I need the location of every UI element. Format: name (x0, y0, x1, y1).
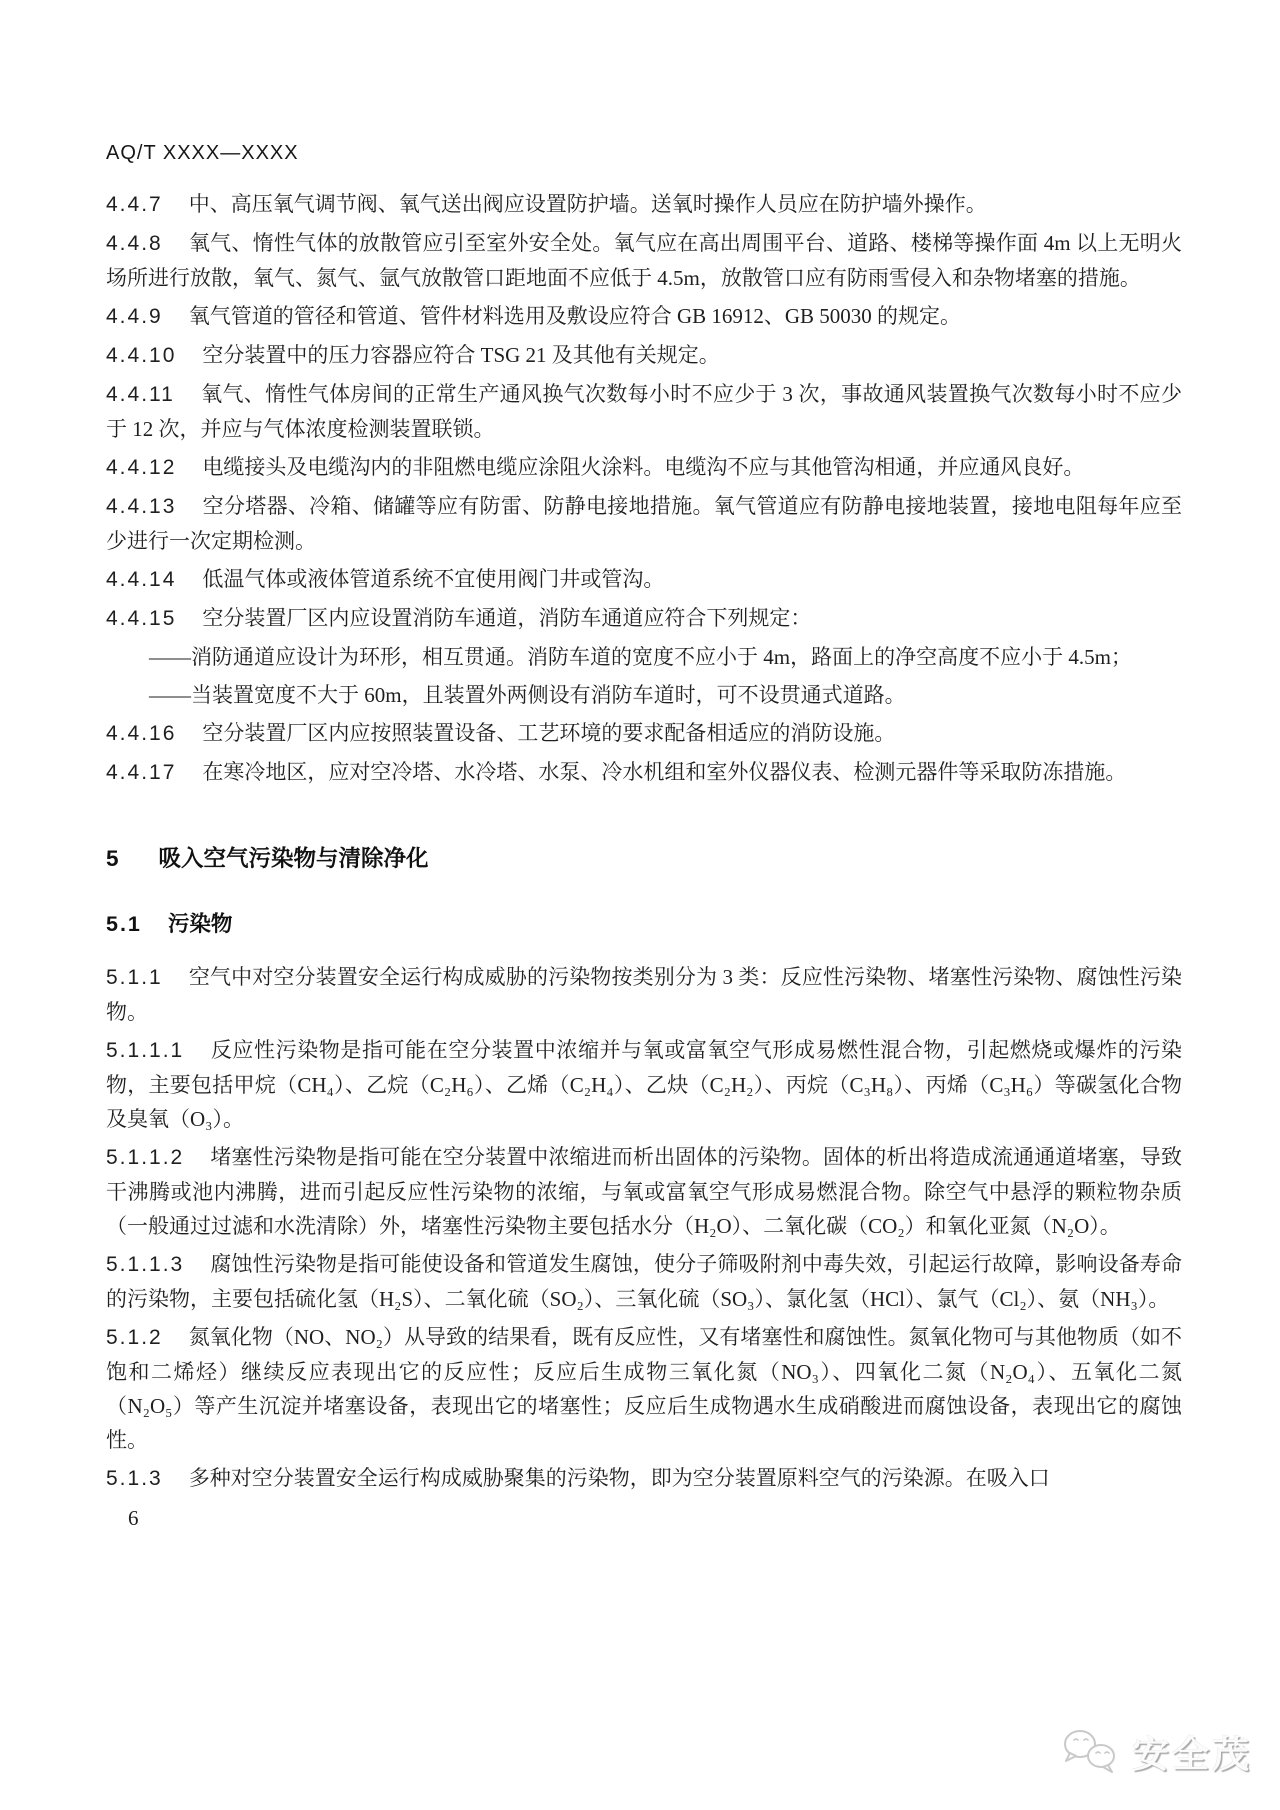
clause-text: 堵塞性污染物是指可能在空分装置中浓缩进而析出固体的污染物。固体的析出将造成流通通… (106, 1145, 1182, 1238)
clause-number: 4.4.7 (106, 193, 163, 216)
clause-number: 4.4.9 (106, 305, 163, 328)
document-body: 4.4.7中、高压氧气调节阀、氧气送出阀应设置防护墙。送氧时操作人员应在防护墙外… (106, 187, 1182, 1496)
clause-number: 4.4.8 (106, 232, 163, 255)
clause-number: 4.4.10 (106, 344, 176, 367)
clause-4-4-7: 4.4.7中、高压氧气调节阀、氧气送出阀应设置防护墙。送氧时操作人员应在防护墙外… (106, 187, 1182, 222)
clause-number: 5.1.2 (106, 1326, 163, 1349)
clause-text: 空分装置厂区内应按照装置设备、工艺环境的要求配备相适应的消防设施。 (202, 721, 895, 745)
dash-list-item: ——消防通道应设计为环形，相互贯通。消防车道的宽度不应小于 4m，路面上的净空高… (106, 640, 1182, 674)
clause-number: 5.1.1.3 (106, 1253, 184, 1276)
clause-text: 低温气体或液体管道系统不宜使用阀门井或管沟。 (202, 567, 664, 591)
dash-item-text: ——当装置宽度不大于 60m，且装置外两侧设有消防车道时，可不设贯通式道路。 (149, 683, 906, 707)
clause-number: 4.4.12 (106, 456, 176, 479)
clause-4-4-14: 4.4.14低温气体或液体管道系统不宜使用阀门井或管沟。 (106, 562, 1182, 597)
section-5-heading: 5吸入空气污染物与清除净化 (106, 844, 1182, 874)
clause-number: 5.1.3 (106, 1467, 163, 1490)
clause-5-1-1: 5.1.1空气中对空分装置安全运行构成威胁的污染物按类别分为 3 类：反应性污染… (106, 960, 1182, 1029)
dash-item-text: ——消防通道应设计为环形，相互贯通。消防车道的宽度不应小于 4m，路面上的净空高… (149, 645, 1132, 669)
watermark: 安全茂 (1056, 1724, 1252, 1778)
clause-number: 5.1.1.2 (106, 1146, 184, 1169)
clause-text: 反应性污染物是指可能在空分装置中浓缩并与氧或富氧空气形成易燃性混合物，引起燃烧或… (106, 1038, 1182, 1131)
clause-text: 空分塔器、冷箱、储罐等应有防雷、防静电接地措施。氧气管道应有防静电接地装置，接地… (106, 494, 1182, 553)
clause-text: 空气中对空分装置安全运行构成威胁的污染物按类别分为 3 类：反应性污染物、堵塞性… (106, 965, 1182, 1024)
clause-text: 氮氧化物（NO、NO₂）从导致的结果看，既有反应性，又有堵塞性和腐蚀性。氮氧化物… (106, 1325, 1182, 1452)
clause-text: 多种对空分装置安全运行构成威胁聚集的污染物，即为空分装置原料空气的污染源。在吸入… (189, 1466, 1050, 1490)
clause-number: 4.4.14 (106, 568, 176, 591)
clause-4-4-17: 4.4.17在寒冷地区，应对空冷塔、水冷塔、水泵、冷水机组和室外仪器仪表、检测元… (106, 755, 1182, 790)
clause-text: 电缆接头及电缆沟内的非阻燃电缆应涂阻火涂料。电缆沟不应与其他管沟相通，并应通风良… (202, 455, 1084, 479)
section-number: 5.1 (106, 912, 142, 936)
clause-number: 4.4.11 (106, 383, 175, 406)
clause-4-4-11: 4.4.11氧气、惰性气体房间的正常生产通风换气次数每小时不应少于 3 次，事故… (106, 377, 1182, 446)
clause-number: 4.4.17 (106, 761, 176, 784)
clause-5-1-1-2: 5.1.1.2堵塞性污染物是指可能在空分装置中浓缩进而析出固体的污染物。固体的析… (106, 1140, 1182, 1243)
section-number: 5 (106, 846, 121, 871)
clause-number: 4.4.16 (106, 722, 176, 745)
clause-text: 氧气、惰性气体房间的正常生产通风换气次数每小时不应少于 3 次，事故通风装置换气… (106, 382, 1182, 441)
clause-4-4-16: 4.4.16空分装置厂区内应按照装置设备、工艺环境的要求配备相适应的消防设施。 (106, 716, 1182, 751)
clause-4-4-10: 4.4.10空分装置中的压力容器应符合 TSG 21 及其他有关规定。 (106, 338, 1182, 373)
page-number: 6 (106, 1506, 1182, 1531)
clause-text: 中、高压氧气调节阀、氧气送出阀应设置防护墙。送氧时操作人员应在防护墙外操作。 (189, 192, 987, 216)
clause-4-4-8: 4.4.8氧气、惰性气体的放散管应引至室外安全处。氧气应在高出周围平台、道路、楼… (106, 226, 1182, 295)
clause-text: 在寒冷地区，应对空冷塔、水冷塔、水泵、冷水机组和室外仪器仪表、检测元器件等采取防… (202, 760, 1126, 784)
section-title: 污染物 (168, 912, 233, 936)
clause-number: 4.4.15 (106, 607, 176, 630)
clause-text: 空分装置厂区内应设置消防车通道，消防车通道应符合下列规定： (202, 606, 811, 630)
clause-5-1-3: 5.1.3多种对空分装置安全运行构成威胁聚集的污染物，即为空分装置原料空气的污染… (106, 1461, 1182, 1496)
clause-number: 5.1.1 (106, 966, 163, 989)
clause-5-1-1-3: 5.1.1.3腐蚀性污染物是指可能使设备和管道发生腐蚀，使分子筛吸附剂中毒失效，… (106, 1247, 1182, 1316)
clause-5-1-2: 5.1.2氮氧化物（NO、NO₂）从导致的结果看，既有反应性，又有堵塞性和腐蚀性… (106, 1320, 1182, 1457)
clause-4-4-12: 4.4.12电缆接头及电缆沟内的非阻燃电缆应涂阻火涂料。电缆沟不应与其他管沟相通… (106, 450, 1182, 485)
wechat-speech-bubbles-icon (1056, 1727, 1124, 1775)
clause-4-4-15: 4.4.15空分装置厂区内应设置消防车通道，消防车通道应符合下列规定： (106, 601, 1182, 636)
standard-number: AQ/T XXXX—XXXX (106, 142, 299, 164)
page-header: AQ/T XXXX—XXXX (106, 142, 1182, 165)
clause-number: 5.1.1.1 (106, 1039, 184, 1062)
section-5-1-heading: 5.1污染物 (106, 910, 1182, 938)
document-page: AQ/T XXXX—XXXX 4.4.7中、高压氧气调节阀、氧气送出阀应设置防护… (0, 0, 1280, 1810)
clause-text: 氧气管道的管径和管道、管件材料选用及敷设应符合 GB 16912、GB 5003… (189, 304, 961, 328)
clause-text: 氧气、惰性气体的放散管应引至室外安全处。氧气应在高出周围平台、道路、楼梯等操作面… (106, 231, 1182, 290)
dash-list-item: ——当装置宽度不大于 60m，且装置外两侧设有消防车道时，可不设贯通式道路。 (106, 678, 1182, 712)
watermark-label: 安全茂 (1132, 1724, 1252, 1778)
section-title: 吸入空气污染物与清除净化 (159, 846, 429, 871)
clause-text: 腐蚀性污染物是指可能使设备和管道发生腐蚀，使分子筛吸附剂中毒失效，引起运行故障，… (106, 1252, 1182, 1311)
clause-4-4-9: 4.4.9氧气管道的管径和管道、管件材料选用及敷设应符合 GB 16912、GB… (106, 299, 1182, 334)
clause-text: 空分装置中的压力容器应符合 TSG 21 及其他有关规定。 (202, 343, 719, 367)
clause-5-1-1-1: 5.1.1.1反应性污染物是指可能在空分装置中浓缩并与氧或富氧空气形成易燃性混合… (106, 1033, 1182, 1136)
clause-4-4-13: 4.4.13空分塔器、冷箱、储罐等应有防雷、防静电接地措施。氧气管道应有防静电接… (106, 489, 1182, 558)
clause-number: 4.4.13 (106, 495, 176, 518)
